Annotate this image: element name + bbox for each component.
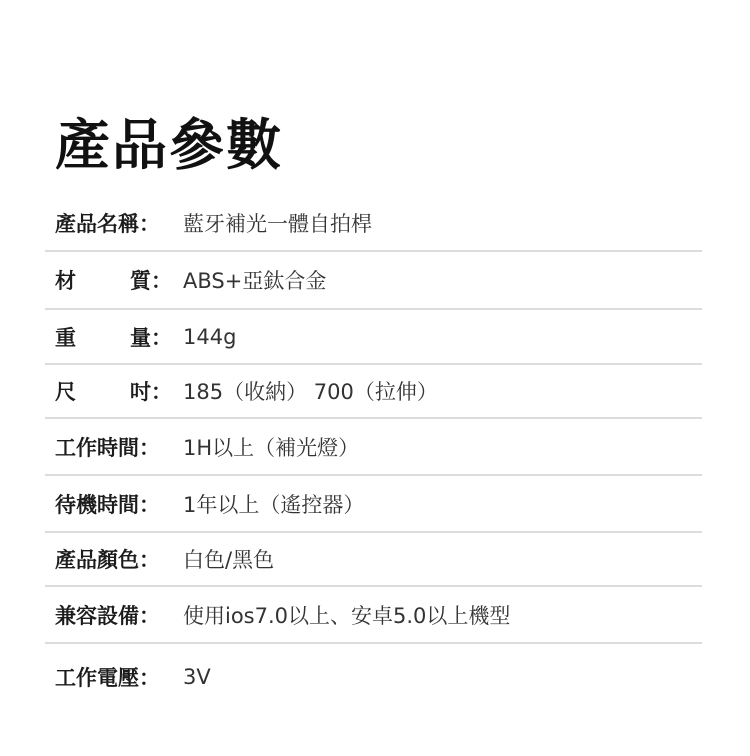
spec-label: 產品名稱： (55, 208, 160, 238)
spec-value: 藍牙補光一體自拍桿 (183, 208, 372, 238)
spec-row-material: 材質： ABS+亞鈦合金 (45, 252, 702, 310)
spec-row-color: 產品顏色： 白色/黑色 (45, 533, 702, 587)
spec-value: 3V (183, 665, 211, 689)
spec-row-weight: 重量： 144g (45, 310, 702, 365)
spec-value: 1H以上（補光燈） (183, 432, 359, 462)
page-title: 產品參數 (55, 112, 283, 178)
spec-row-voltage: 工作電壓： 3V (45, 644, 702, 710)
spec-value: 使用ios7.0以上、安卓5.0以上機型 (183, 600, 510, 630)
spec-label: 兼容設備： (55, 600, 160, 630)
spec-list: 產品名稱： 藍牙補光一體自拍桿 材質： ABS+亞鈦合金 重量： 144g 尺吋… (45, 196, 702, 710)
spec-row-standby-time: 待機時間： 1年以上（遙控器） (45, 476, 702, 533)
spec-value: 144g (183, 325, 236, 349)
spec-row-working-time: 工作時間： 1H以上（補光燈） (45, 419, 702, 476)
spec-row-compatibility: 兼容設備： 使用ios7.0以上、安卓5.0以上機型 (45, 587, 702, 644)
spec-row-product-name: 產品名稱： 藍牙補光一體自拍桿 (45, 196, 702, 252)
spec-value: 白色/黑色 (183, 544, 274, 574)
spec-value: 1年以上（遙控器） (183, 489, 364, 519)
spec-label: 產品顏色： (55, 544, 160, 574)
spec-label: 尺吋： (55, 376, 172, 406)
spec-value: ABS+亞鈦合金 (183, 265, 326, 295)
spec-label: 工作時間： (55, 432, 160, 462)
spec-label: 重量： (55, 322, 172, 352)
spec-label: 待機時間： (55, 489, 160, 519)
spec-row-size: 尺吋： 185（收納） 700（拉伸） (45, 365, 702, 419)
spec-value: 185（收納） 700（拉伸） (183, 376, 438, 406)
spec-label: 工作電壓： (55, 662, 160, 692)
spec-label: 材質： (55, 265, 172, 295)
